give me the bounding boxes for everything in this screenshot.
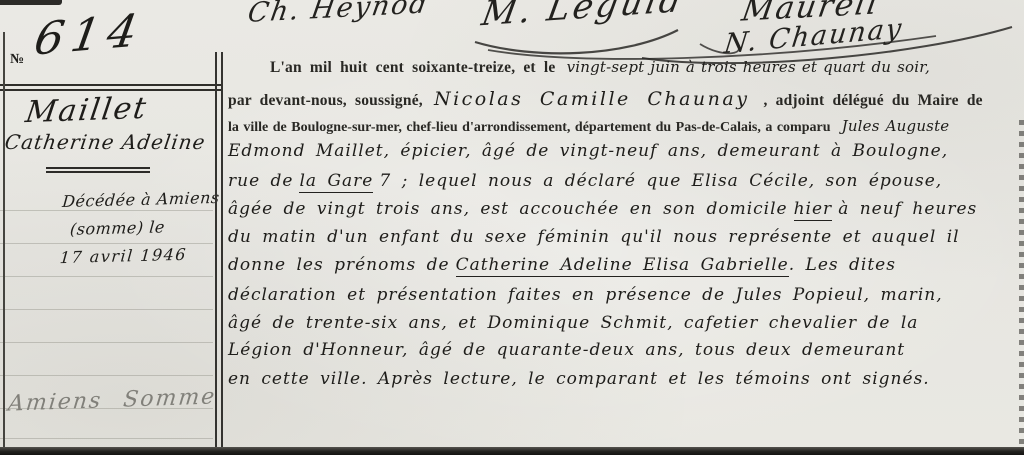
handwritten-text: rue de: [228, 171, 293, 191]
printed-text: , adjoint délégué du Maire de: [763, 92, 982, 109]
ruled-line: [0, 342, 213, 343]
margin-left-rule: [3, 32, 5, 447]
death-annotation: Décédée à Amiens (somme) le 17 avril 194…: [57, 184, 221, 272]
handwritten-underlined-text: Catherine Adeline Elisa Gabrielle: [456, 255, 789, 277]
act-line-6: âgée de vingt trois ans, est accouchée e…: [228, 199, 977, 219]
handwritten-text: . Les dites: [789, 255, 896, 275]
handwritten-text: Légion d'Honneur, âgé de quarante-deux a…: [228, 340, 905, 360]
handwritten-text: âgé de trente-six ans, et Dominique Schm…: [228, 313, 918, 333]
act-line-11: Légion d'Honneur, âgé de quarante-deux a…: [228, 340, 905, 360]
printed-text: par devant-nous, soussigné,: [228, 92, 423, 109]
margin-surname: Maillet: [23, 91, 150, 130]
act-line-9: déclaration et présentation faites en pr…: [228, 285, 943, 305]
act-line-12: en cette ville. Après lecture, le compar…: [228, 369, 930, 389]
handwritten-text: en cette ville. Après lecture, le compar…: [228, 369, 930, 389]
act-line-1: L'an mil huit cent soixante-treize, et l…: [228, 57, 930, 77]
death-annotation-line: (somme) le: [59, 212, 219, 244]
scan-edge-top: [0, 0, 62, 5]
act-line-4: Edmond Maillet, épicier, âgé de vingt-ne…: [228, 141, 948, 161]
handwritten-text: déclaration et présentation faites en pr…: [228, 285, 943, 305]
ruled-line: [0, 438, 213, 439]
handwritten-text: vingt-sept juin à trois heures et quart …: [567, 58, 930, 76]
handwritten-text: Jules Auguste: [842, 117, 950, 135]
margin-double-underline: [46, 167, 150, 173]
handwritten-text: du matin d'un enfant du sexe féminin qu'…: [228, 227, 960, 247]
death-annotation-line: Décédée à Amiens: [61, 184, 221, 216]
margin-divider-rule: [0, 84, 223, 91]
act-line-7: du matin d'un enfant du sexe féminin qu'…: [228, 227, 960, 247]
printed-text: la ville de Boulogne-sur-mer, chef-lieu …: [228, 120, 831, 135]
handwritten-underlined-text: la Gare: [299, 171, 373, 193]
death-annotation-line: 17 avril 1946: [57, 240, 217, 272]
margin-right-double-rule: [215, 52, 223, 447]
ruled-line: [0, 375, 213, 376]
margin-given-names: Catherine Adeline: [3, 130, 207, 154]
ruled-line: [0, 276, 213, 277]
act-line-3: la ville de Boulogne-sur-mer, chef-lieu …: [228, 116, 949, 136]
pencil-annotation: Amiens Somme: [7, 384, 218, 416]
handwritten-text: à neuf heures: [838, 199, 977, 219]
scan-edge-bottom: [0, 447, 1024, 455]
handwritten-text: Nicolas Camille Chaunay: [434, 88, 750, 110]
act-line-10: âgé de trente-six ans, et Dominique Schm…: [228, 313, 918, 333]
act-line-5: rue dela Gare7 ; lequel nous a déclaré q…: [228, 171, 942, 191]
record-number-label: №: [10, 52, 24, 68]
scan-edge-right: [1019, 120, 1024, 445]
scanned-register-page: № 614 Maillet Catherine Adeline Décédée …: [0, 0, 1024, 455]
ruled-line: [0, 309, 213, 310]
handwritten-underlined-text: hier: [794, 199, 833, 221]
handwritten-text: âgée de vingt trois ans, est accouchée e…: [228, 199, 788, 219]
record-number: 614: [31, 3, 148, 65]
act-line-8: donne les prénoms deCatherine Adeline El…: [228, 255, 896, 275]
handwritten-text: donne les prénoms de: [228, 255, 450, 275]
act-text: L'an mil huit cent soixante-treize, et l…: [228, 0, 1024, 455]
handwritten-text: 7 ; lequel nous a déclaré que Elisa Céci…: [379, 171, 942, 191]
handwritten-text: Edmond Maillet, épicier, âgé de vingt-ne…: [228, 141, 948, 161]
printed-text: L'an mil huit cent soixante-treize, et l…: [270, 59, 555, 76]
act-line-2: par devant-nous, soussigné, Nicolas Cami…: [228, 88, 983, 110]
